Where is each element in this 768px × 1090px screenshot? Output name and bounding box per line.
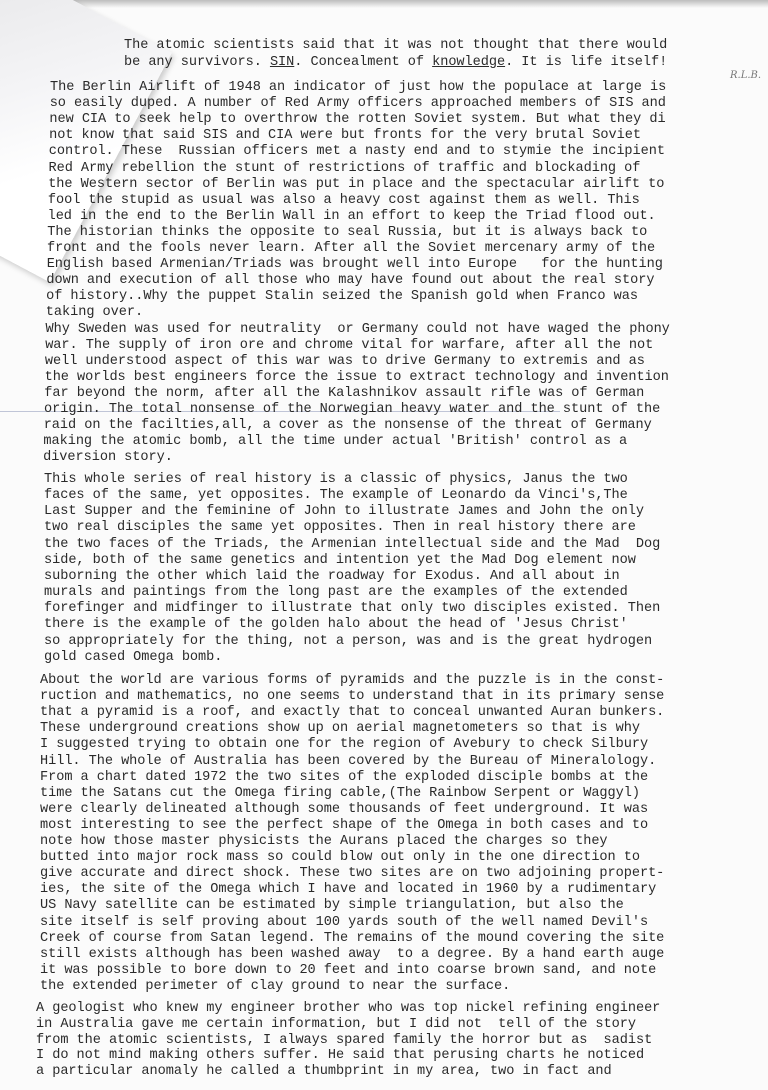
underlined-sin: SIN [270,55,294,70]
text-line: give accurate and direct shock. These tw… [40,866,664,882]
text-line: were clearly delineated although some th… [40,802,648,818]
text-line: Last Supper and the feminine of John to … [44,504,644,520]
text-line: of history..Why the puppet Stalin seized… [46,289,638,305]
text-line: fool the stupid as usual was also a heav… [48,193,640,209]
text-line: taking over. [46,305,143,321]
text-line: Why Sweden was used for neutrality or Ge… [46,322,670,338]
text-line: down and execution of all those who may … [46,273,654,289]
page-top-shadow [0,0,768,8]
text-line: The historian thinks the opposite to sea… [47,225,647,241]
text-line: front and the fools never learn. After a… [47,241,655,257]
text-line: new CIA to seek help to overthrow the ro… [49,112,665,128]
text-line: it was possible to bore down to 20 feet … [40,963,656,979]
text-line: still exists although has been washed aw… [40,947,664,963]
text-line: in Australia gave me certain information… [36,1017,636,1033]
text-line: war. The supply of iron ore and chrome v… [45,338,653,354]
text-line: the two faces of the Triads, the Armenia… [44,537,660,553]
text-line: well understood aspect of this war was t… [45,354,645,370]
text-line: there is the example of the golden halo … [44,617,628,633]
header-note-mid: . Concealment of [294,55,432,70]
text-line: note how those master physicists the Aur… [40,834,608,850]
text-line: The Berlin Airlift of 1948 an indicator … [50,80,666,96]
text-line: gold cased Omega bomb. [44,650,222,666]
text-line: ies, the site of the Omega which I have … [40,882,656,898]
text-line: far beyond the norm, after all the Kalas… [44,386,644,402]
header-note-post: . It is life itself! [505,55,667,70]
text-line: This whole series of real history is a c… [44,472,628,488]
text-line: suborning the other which laid the roadw… [44,569,620,585]
text-line: murals and paintings from the long past … [44,585,628,601]
text-line: Creek of course from Satan legend. The r… [40,931,664,947]
text-line: that a pyramid is a roof, and exactly th… [40,705,664,721]
text-line: Red Army rebellion the stunt of restrict… [49,161,641,177]
text-line: two real disciples the same yet opposite… [44,520,636,536]
text-line: English based Armenian/Triads was brough… [47,257,663,273]
text-line: From a chart dated 1972 the two sites of… [40,770,648,786]
text-line: so easily duped. A number of Red Army of… [50,96,666,112]
text-line: control. These Russian officers met a na… [49,144,665,160]
text-line: I do not mind making others suffer. He s… [36,1048,644,1064]
text-line: the Western sector of Berlin was put in … [48,177,664,193]
scanned-page: The atomic scientists said that it was n… [0,0,768,1090]
text-line: most interesting to see the perfect shap… [40,818,648,834]
underlined-knowledge: knowledge [432,55,505,70]
text-line: forefinger and midfinger to illustrate t… [44,601,660,617]
text-line: butted into major rock mass so could blo… [40,850,640,866]
text-line: diversion story. [43,450,173,466]
text-line: I suggested trying to obtain one for the… [40,737,648,753]
text-line: a particular anomaly he called a thumbpr… [36,1064,612,1080]
text-line: so appropriately for the thing, not a pe… [44,634,652,650]
text-line: origin. The total nonsense of the Norweg… [44,402,660,418]
handwritten-initials: R.L.B. [730,70,761,81]
text-line: not know that said SIS and CIA were but … [49,128,641,144]
text-line: A geologist who knew my engineer brother… [36,1001,660,1017]
text-line: led in the end to the Berlin Wall in an … [48,209,656,225]
text-line: from the atomic scientists, I always spa… [36,1033,652,1049]
text-line: the worlds best engineers force the issu… [45,370,669,386]
text-line: side, both of the same genetics and inte… [44,553,636,569]
text-line: raid on the facilties,all, a cover as th… [44,418,652,434]
header-note-line-1: The atomic scientists said that it was n… [124,38,667,54]
header-note-pre: be any survivors. [124,55,270,70]
text-line: These underground creations show up on a… [40,721,640,737]
text-line: About the world are various forms of pyr… [40,673,664,689]
header-note-line-2: be any survivors. SIN. Concealment of kn… [124,55,667,71]
text-line: US Navy satellite can be estimated by si… [40,898,624,914]
text-line: Hill. The whole of Australia has been co… [40,754,656,770]
text-line: the extended perimeter of clay ground to… [40,979,510,995]
text-line: time the Satans cut the Omega firing cab… [40,786,640,802]
text-line: ruction and mathematics, no one seems to… [40,689,664,705]
text-line: making the atomic bomb, all the time und… [43,434,627,450]
text-line: site itself is self proving about 100 ya… [40,915,648,931]
text-line: faces of the same, yet opposites. The ex… [44,488,628,504]
